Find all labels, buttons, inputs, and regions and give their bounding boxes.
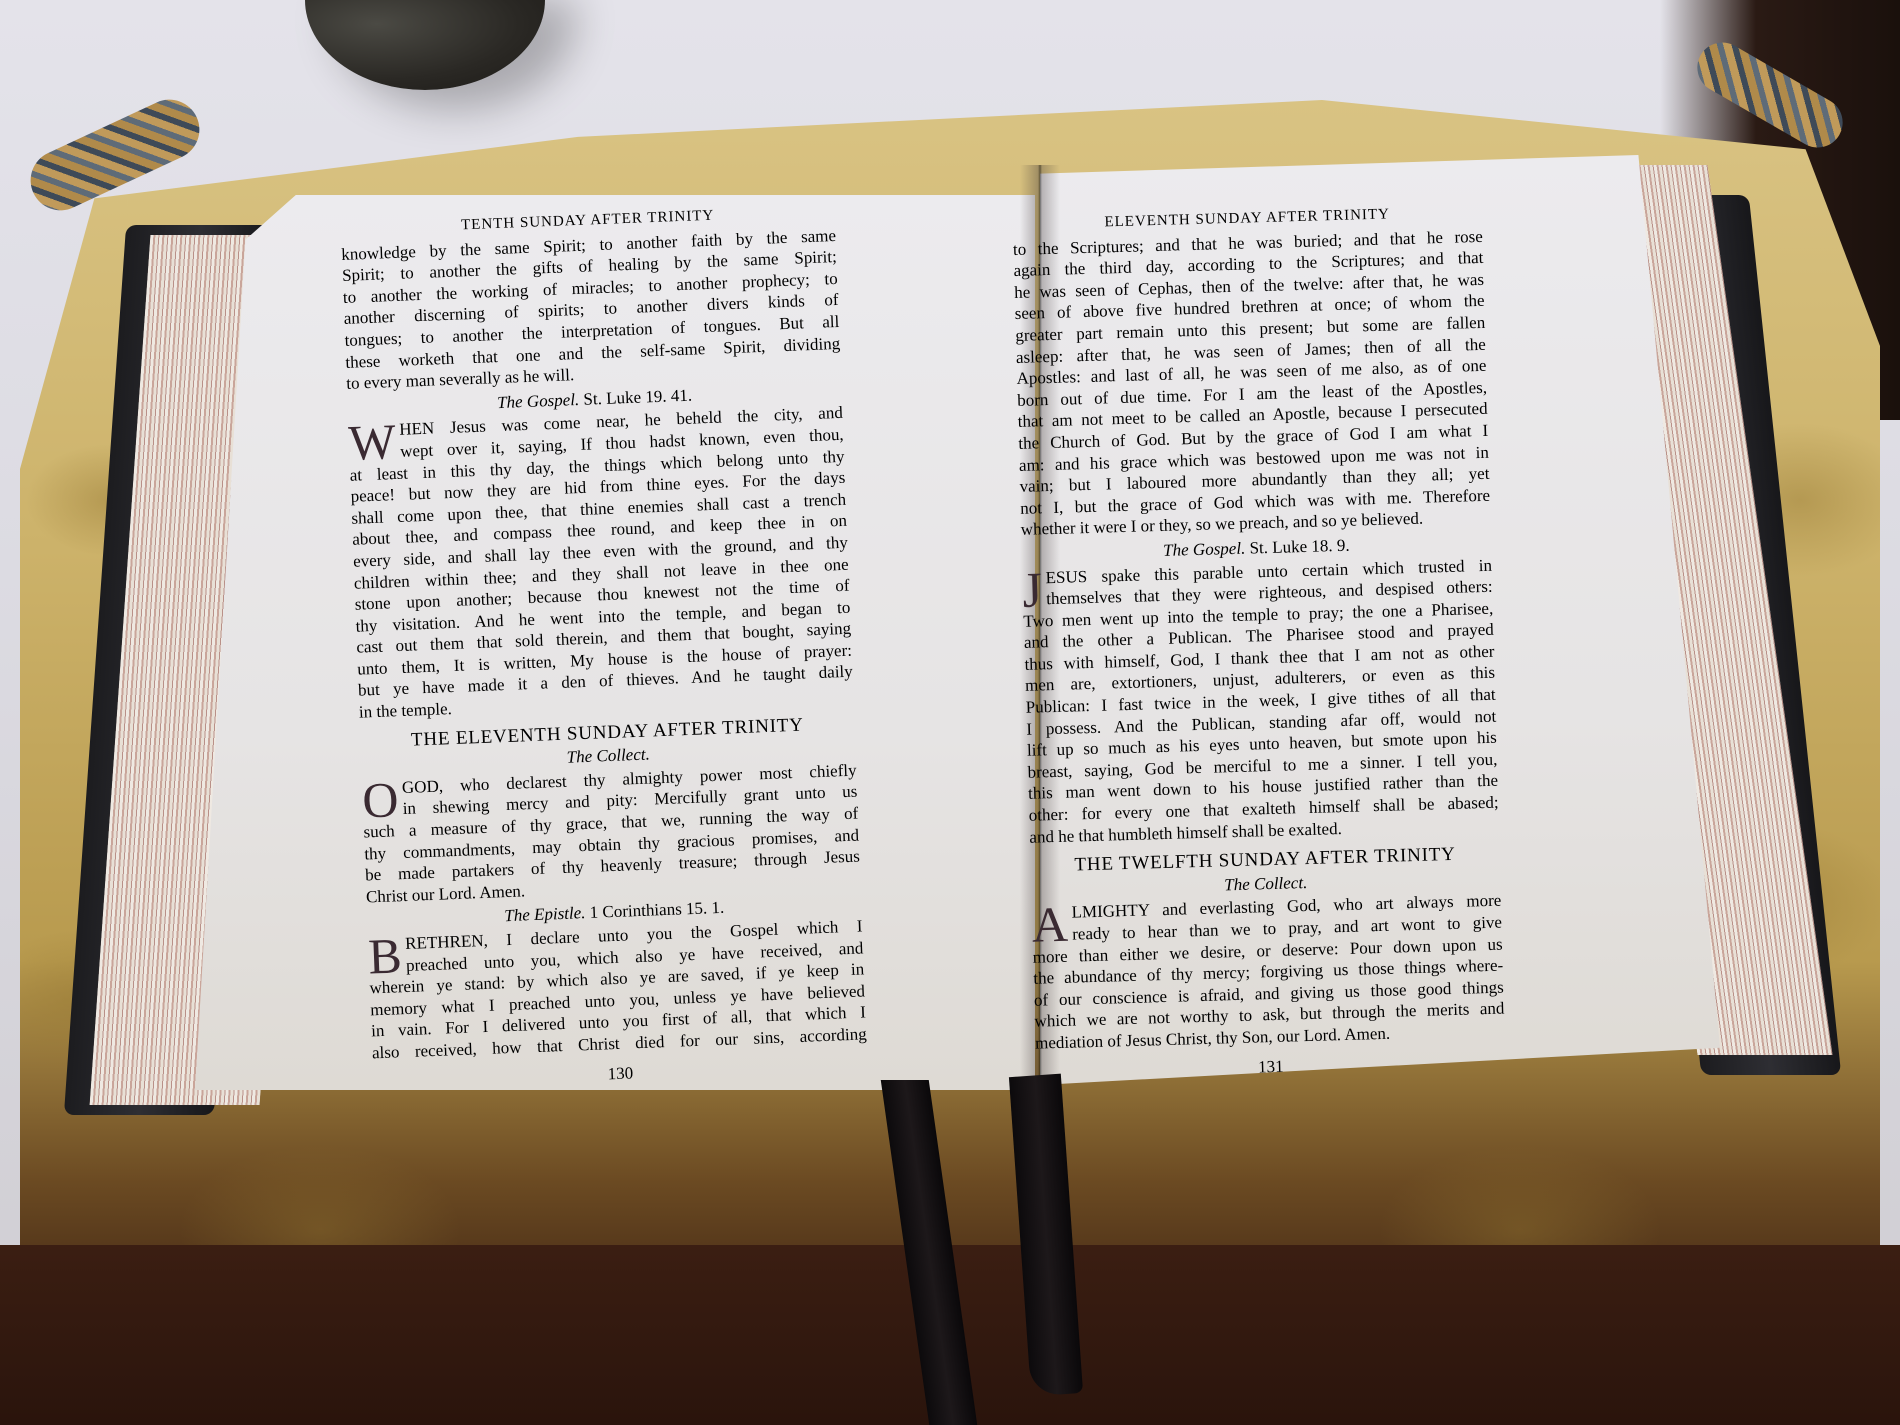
drop-cap: J [1022, 569, 1043, 610]
gospel-text: W HEN Jesus was come near, he beheld the… [348, 402, 854, 723]
gospel-citation: St. Luke 18. 9. [1249, 536, 1350, 558]
drop-cap: B [368, 935, 403, 976]
epistle-continuation: to the Scriptures; and that he was burie… [1013, 225, 1491, 540]
gospel-text: J ESUS spake this parable unto certain w… [1022, 554, 1500, 848]
drop-cap: W [348, 421, 397, 463]
epistle-continuation: knowledge by the same Spirit; to another… [341, 225, 841, 395]
right-page: ELEVENTH SUNDAY AFTER TRINITY to the Scr… [1012, 202, 1506, 1084]
drop-cap: O [362, 779, 400, 820]
epistle-citation: 1 Corinthians 15. 1. [589, 898, 724, 922]
gospel-citation: St. Luke 19. 41. [583, 385, 692, 408]
drop-cap: A [1031, 904, 1068, 945]
collect-text: A LMIGHTY and everlasting God, who art a… [1031, 890, 1505, 1054]
gospel-label: The Gospel. [497, 390, 580, 412]
left-page: TENTH SUNDAY AFTER TRINITY knowledge by … [340, 201, 868, 1094]
epistle-label: The Epistle. [504, 904, 586, 926]
epistle-text: B RETHREN, I declare unto you the Gospel… [367, 915, 867, 1063]
candlestick-base [305, 0, 545, 90]
collect-text: O GOD, who declarest thy almighty power … [361, 759, 861, 907]
gospel-label: The Gospel. [1163, 539, 1246, 560]
